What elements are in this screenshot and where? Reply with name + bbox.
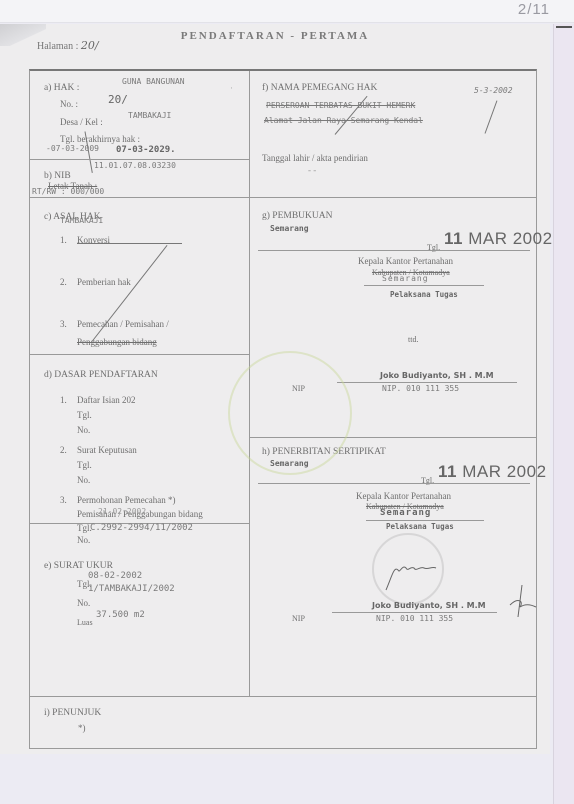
page-indicator: 2/11 xyxy=(518,1,550,18)
paraf-initial xyxy=(508,583,538,619)
penerbitan-officer: Joko Budiyanto, SH . M.M xyxy=(372,601,486,610)
pembukuan-officer: Joko Budiyanto, SH . M.M xyxy=(380,371,494,380)
watermark-seal xyxy=(228,351,352,475)
tgl-old-value: -07-03-2009 xyxy=(46,144,99,153)
holder-name: PERSEROAN TERBATAS BUKIT HEMERK xyxy=(266,101,415,110)
pembukuan-nip: NIP. 010 111 355 xyxy=(382,384,459,393)
viewer-toolbar: 2/11 xyxy=(0,0,574,23)
section-g-label: g) PEMBUKUAN xyxy=(262,211,332,221)
section-d-label: d) DASAR PENDAFTARAN xyxy=(44,370,158,380)
pembukuan-place: Semarang xyxy=(270,224,309,233)
section-f-label: f) NAMA PEMEGANG HAK xyxy=(262,83,377,93)
surat-ukur-date: 08-02-2002 xyxy=(88,571,142,581)
divider xyxy=(30,197,249,198)
date-note: 5-3-2002 xyxy=(474,86,513,95)
rt-value: RT/RW : 000/000 xyxy=(32,187,104,196)
registration-form: a) HAK : GUNA BANGUNAN · No. : 20/ Desa … xyxy=(29,69,537,749)
asal-item-pemecahan: Pemecahan / Pemisahan / xyxy=(77,319,169,329)
pembukuan-date: 11 MAR 2002 xyxy=(444,229,553,249)
hak-value: GUNA BANGUNAN xyxy=(122,77,185,86)
scrollbar[interactable] xyxy=(553,24,574,804)
asal-item-pemberian: Pemberian hak xyxy=(77,277,131,287)
no-value: 20/ xyxy=(108,93,128,106)
penerbitan-nip: NIP. 010 111 355 xyxy=(376,614,453,623)
halaman: Halaman : 20/ xyxy=(37,39,99,52)
signature xyxy=(382,556,442,596)
section-b-label: b) NIB xyxy=(44,171,71,181)
divider xyxy=(30,696,536,697)
section-e-label: e) SURAT UKUR xyxy=(44,561,113,571)
asal-item-penggabungan: Penggabungan bidang xyxy=(77,337,157,347)
desa-value: TAMBAKAJI xyxy=(128,111,171,120)
tanggal-label: Tanggal lahir / akta pendirian xyxy=(262,153,368,163)
divider xyxy=(250,197,536,198)
luas-value: 37.500 m2 xyxy=(96,610,145,620)
tgl-new-value: 07-03-2029. xyxy=(116,145,176,155)
nib-value: 11.01.07.08.03230 xyxy=(94,161,176,170)
scrollbar-thumb[interactable] xyxy=(556,26,572,28)
permohonan-value: C.2992-2994/11/2002 xyxy=(90,523,193,533)
halaman-value: 20/ xyxy=(81,39,99,52)
penunjuk-value: *) xyxy=(78,723,86,733)
section-i-label: i) PENUNJUK xyxy=(44,708,101,718)
penerbitan-date: 11 MAR 2002 xyxy=(438,462,547,482)
divider xyxy=(30,354,249,355)
surat-ukur-no: 1/TAMBAKAJI/2002 xyxy=(88,584,175,594)
divider xyxy=(30,159,249,160)
section-a-label: a) HAK : xyxy=(44,83,79,93)
